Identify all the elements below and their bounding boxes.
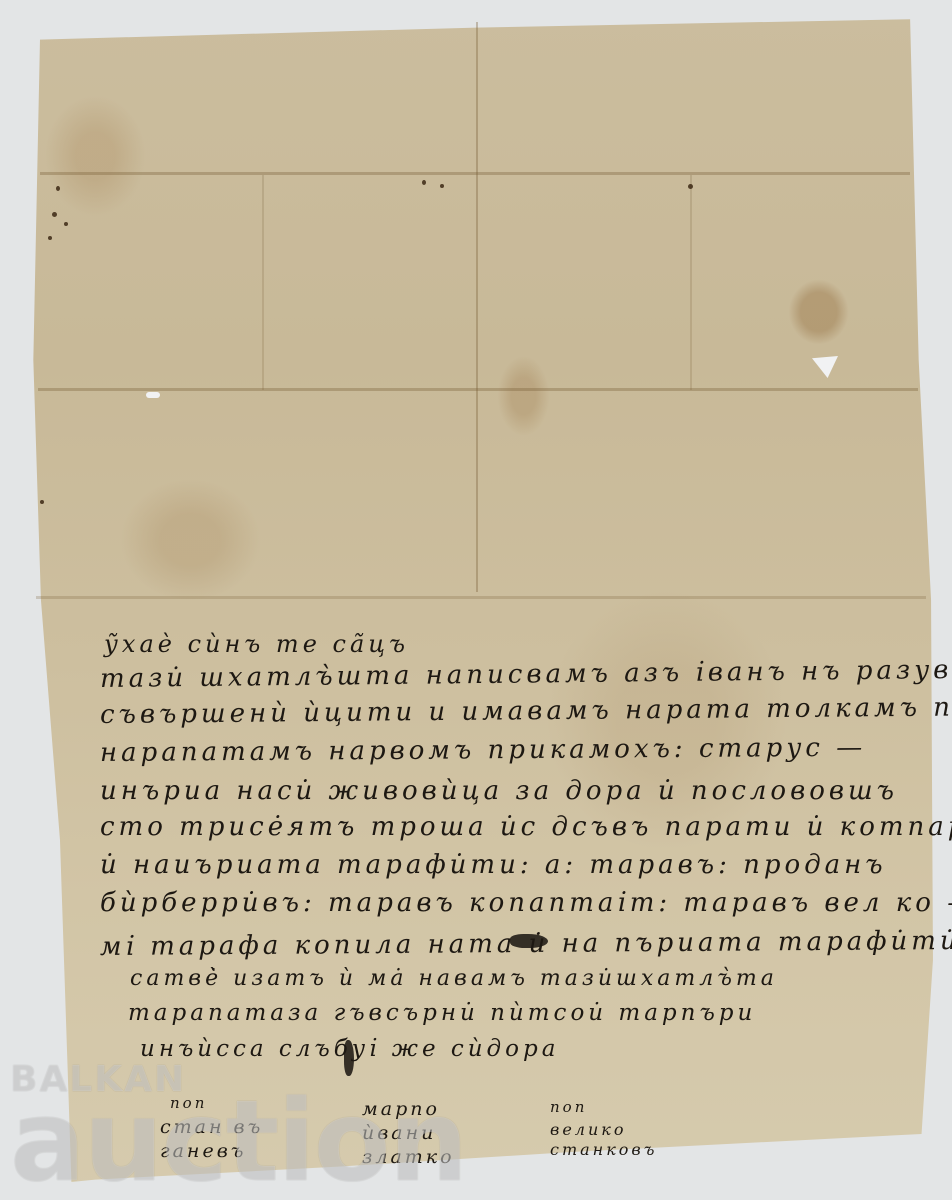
ink-spot bbox=[422, 180, 426, 185]
body-line: инъѝсса слъбуі̇ же сѝдора bbox=[140, 1036, 559, 1062]
ink-spot bbox=[40, 500, 44, 504]
fold-line bbox=[690, 175, 692, 390]
signature-line: стан въ bbox=[160, 1116, 263, 1138]
ink-spot bbox=[48, 236, 52, 240]
signature-line: станковъ bbox=[550, 1140, 657, 1159]
signature-line: ганевъ bbox=[160, 1140, 246, 1162]
signature-line: поп bbox=[170, 1094, 207, 1112]
document-photo: у̃хаѐ сѝнъ те са̃цъ тази̇ шхатлъ̀шта нап… bbox=[0, 0, 952, 1200]
fold-line bbox=[262, 175, 264, 390]
heading-line: у̃хаѐ сѝнъ те са̃цъ bbox=[104, 630, 409, 658]
body-line: сто трисе̇ятъ троша и̇с дсъвъ парати и̇ … bbox=[100, 812, 952, 842]
ink-spot bbox=[64, 222, 68, 226]
ink-spot bbox=[440, 184, 444, 188]
fold-line bbox=[476, 22, 478, 592]
body-line: нарапатамъ нарвомъ прикамохъ: старус — bbox=[100, 733, 866, 768]
fold-line bbox=[36, 596, 926, 599]
body-line: сатвѐ̇ изатъ ѝ ма̇ навамъ тази̇шхатлъ̀та bbox=[130, 966, 778, 991]
ink-spot bbox=[688, 184, 693, 189]
body-line: инъриа наси̇ живовѝца за дора и̇ послово… bbox=[100, 776, 898, 806]
fold-line bbox=[38, 388, 918, 391]
ink-spot bbox=[56, 186, 60, 191]
ink-spot bbox=[52, 212, 57, 217]
body-line: мі̇ тарафа копила ната и̇ на пъриата тар… bbox=[100, 926, 952, 962]
signature-line: златко bbox=[362, 1146, 455, 1168]
body-line: и̇ наиъриата тарафи̇ти: а: таравъ: прода… bbox=[100, 850, 887, 880]
signature-line: марпо bbox=[362, 1098, 440, 1120]
signature-line: велико bbox=[550, 1120, 626, 1139]
signature-line: ѝвани bbox=[362, 1122, 436, 1144]
paper-tear bbox=[146, 392, 160, 398]
body-line: бѝрберри̇въ: таравъ копаптаі̇т: таравъ в… bbox=[100, 888, 952, 918]
signature-line: поп bbox=[550, 1098, 587, 1116]
body-line: тарапатаза гъвсърни̇ пѝтсои̇ тарпъри bbox=[128, 1000, 756, 1026]
fold-line bbox=[40, 172, 910, 175]
